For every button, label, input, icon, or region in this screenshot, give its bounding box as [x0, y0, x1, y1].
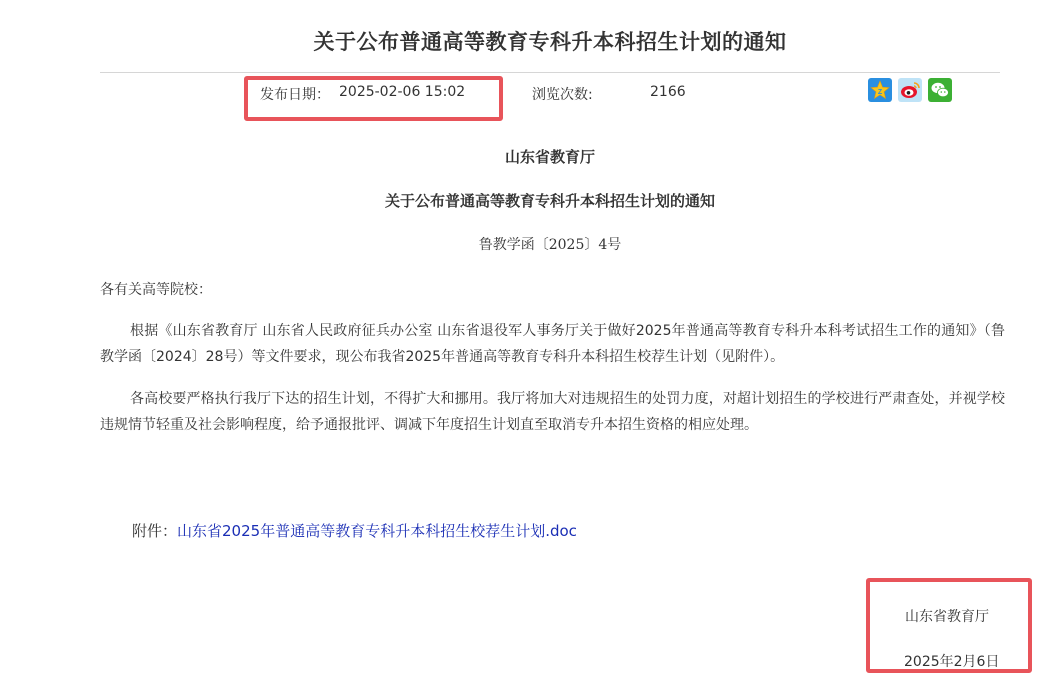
weibo-share-icon	[899, 80, 921, 100]
page-title: 关于公布普通高等教育专科升本科招生计划的通知	[0, 26, 1062, 56]
attachment-link[interactable]: 山东省2025年普通高等教育专科升本科招生校荐生计划.doc	[177, 522, 577, 540]
title-divider	[100, 72, 1000, 73]
body-paragraph: 各高校要严格执行我厅下达的招生计划，不得扩大和挪用。我厅将加大对违规招生的处罚力…	[100, 386, 1005, 438]
document-title: 关于公布普通高等教育专科升本科招生计划的通知	[0, 190, 1062, 211]
wechat-share-icon	[930, 80, 950, 100]
view-count-value: 2166	[650, 84, 686, 100]
highlight-box-signature	[866, 578, 1032, 673]
highlight-box-date	[244, 76, 503, 121]
attachment-line: 附件：山东省2025年普通高等教育专科升本科招生校荐生计划.doc	[132, 520, 577, 541]
qzone-share-button[interactable]: Z	[868, 78, 892, 102]
attachment-label: 附件：	[132, 522, 177, 540]
share-buttons: Z	[868, 78, 952, 102]
svg-text:Z: Z	[878, 89, 883, 96]
weibo-share-button[interactable]	[898, 78, 922, 102]
body-paragraph: 根据《山东省教育厅 山东省人民政府征兵办公室 山东省退役军人事务厅关于做好202…	[100, 318, 1005, 370]
document-number: 鲁教学函〔2025〕4号	[0, 234, 1062, 254]
view-count-label: 浏览次数:	[532, 84, 593, 104]
addressee: 各有关高等院校：	[100, 279, 212, 299]
qzone-share-icon: Z	[870, 80, 890, 100]
wechat-share-button[interactable]	[928, 78, 952, 102]
issuer-heading: 山东省教育厅	[0, 146, 1062, 167]
